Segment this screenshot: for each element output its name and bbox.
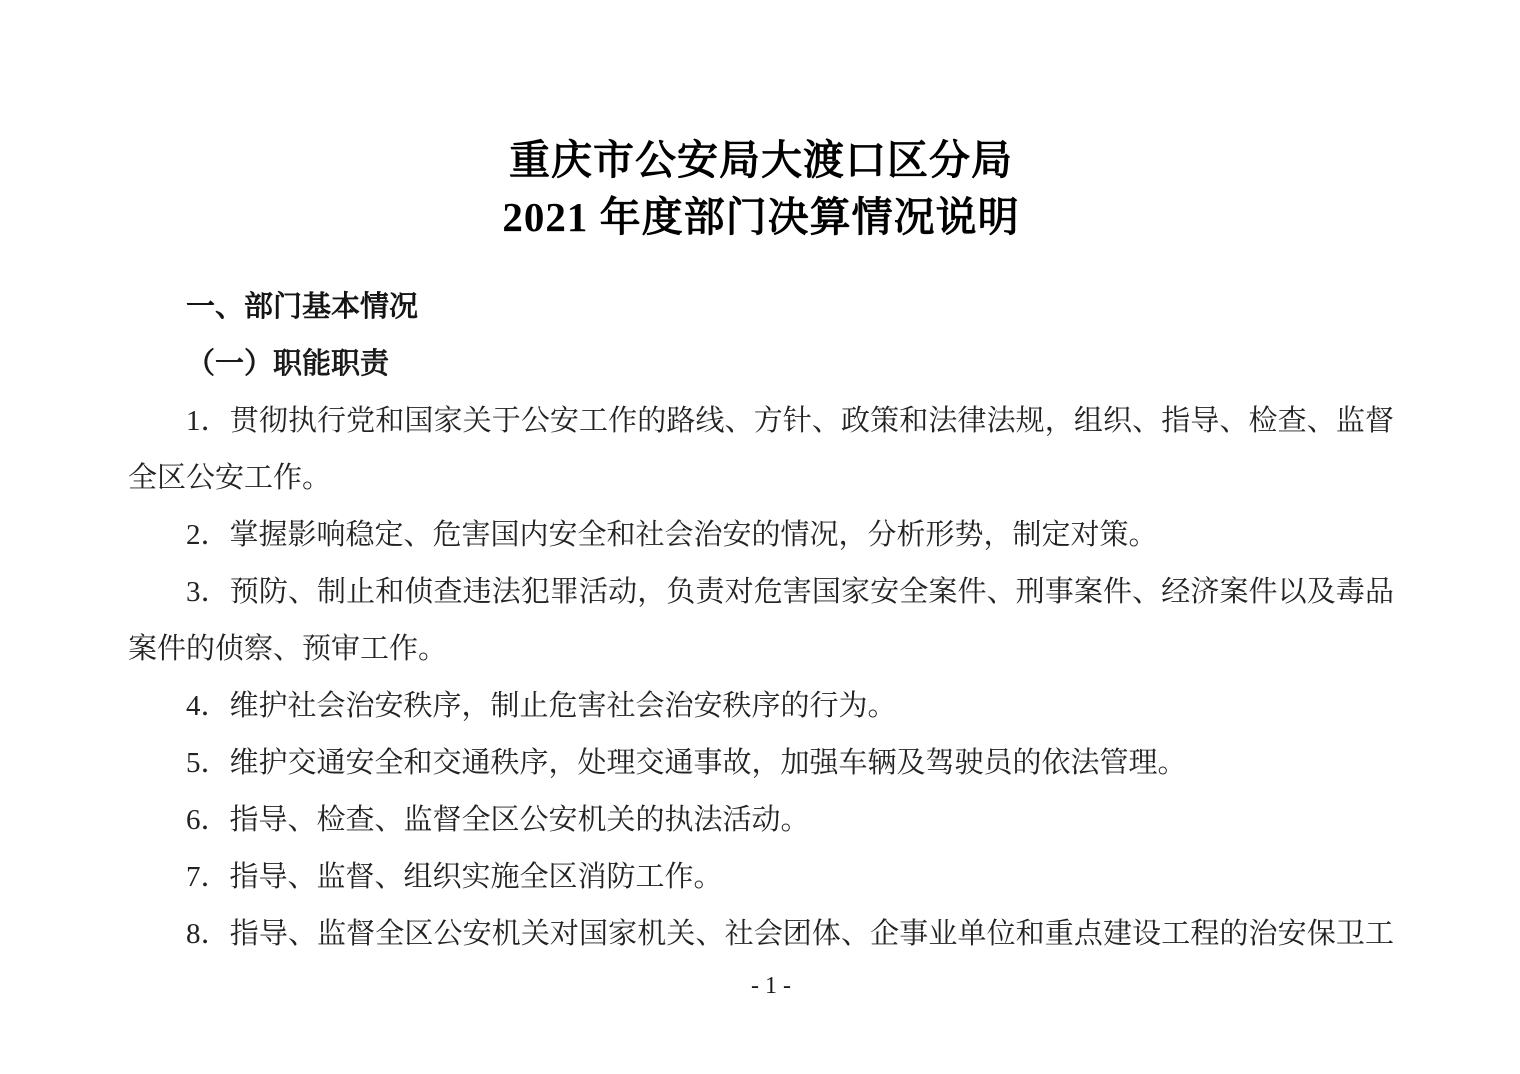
- paragraph: 5．维护交通安全和交通秩序，处理交通事故，加强车辆及驾驶员的依法管理。: [128, 735, 1394, 792]
- paragraph-line: 案件的侦察、预审工作。: [128, 621, 1394, 678]
- paragraph: 7．指导、监督、组织实施全区消防工作。: [128, 849, 1394, 906]
- paragraph-line: 7．指导、监督、组织实施全区消防工作。: [128, 849, 1394, 906]
- page-number: - 1 -: [128, 971, 1414, 1001]
- paragraph-line: 4．维护社会治安秩序，制止危害社会治安秩序的行为。: [128, 678, 1394, 735]
- paragraph-line: 8．指导、监督全区公安机关对国家机关、社会团体、企事业单位和重点建设工程的治安保…: [128, 906, 1394, 963]
- paragraph-line: 全区公安工作。: [128, 450, 1394, 507]
- paragraph-line: 1．贯彻执行党和国家关于公安工作的路线、方针、政策和法律法规，组织、指导、检查、…: [128, 393, 1394, 450]
- document-content: 重庆市公安局大渡口区分局 2021 年度部门决算情况说明 一、部门基本情况 （一…: [0, 0, 1520, 963]
- paragraph-line: 2．掌握影响稳定、危害国内安全和社会治安的情况，分析形势，制定对策。: [128, 507, 1394, 564]
- subsection-heading: （一）职能职责: [128, 336, 1394, 393]
- document-title-line1: 重庆市公安局大渡口区分局: [128, 132, 1394, 189]
- body-paragraphs: 1．贯彻执行党和国家关于公安工作的路线、方针、政策和法律法规，组织、指导、检查、…: [128, 393, 1394, 963]
- paragraph: 4．维护社会治安秩序，制止危害社会治安秩序的行为。: [128, 678, 1394, 735]
- paragraph: 1．贯彻执行党和国家关于公安工作的路线、方针、政策和法律法规，组织、指导、检查、…: [128, 393, 1394, 507]
- paragraph: 2．掌握影响稳定、危害国内安全和社会治安的情况，分析形势，制定对策。: [128, 507, 1394, 564]
- paragraph: 8．指导、监督全区公安机关对国家机关、社会团体、企事业单位和重点建设工程的治安保…: [128, 906, 1394, 963]
- paragraph-line: 3．预防、制止和侦查违法犯罪活动，负责对危害国家安全案件、刑事案件、经济案件以及…: [128, 564, 1394, 621]
- paragraph-line: 5．维护交通安全和交通秩序，处理交通事故，加强车辆及驾驶员的依法管理。: [128, 735, 1394, 792]
- document-title-line2: 2021 年度部门决算情况说明: [128, 189, 1394, 246]
- paragraph-line: 6．指导、检查、监督全区公安机关的执法活动。: [128, 792, 1394, 849]
- document-page: 重庆市公安局大渡口区分局 2021 年度部门决算情况说明 一、部门基本情况 （一…: [0, 0, 1520, 1074]
- section-heading: 一、部门基本情况: [128, 279, 1394, 336]
- paragraph: 3．预防、制止和侦查违法犯罪活动，负责对危害国家安全案件、刑事案件、经济案件以及…: [128, 564, 1394, 678]
- document-title: 重庆市公安局大渡口区分局 2021 年度部门决算情况说明: [128, 132, 1394, 246]
- paragraph: 6．指导、检查、监督全区公安机关的执法活动。: [128, 792, 1394, 849]
